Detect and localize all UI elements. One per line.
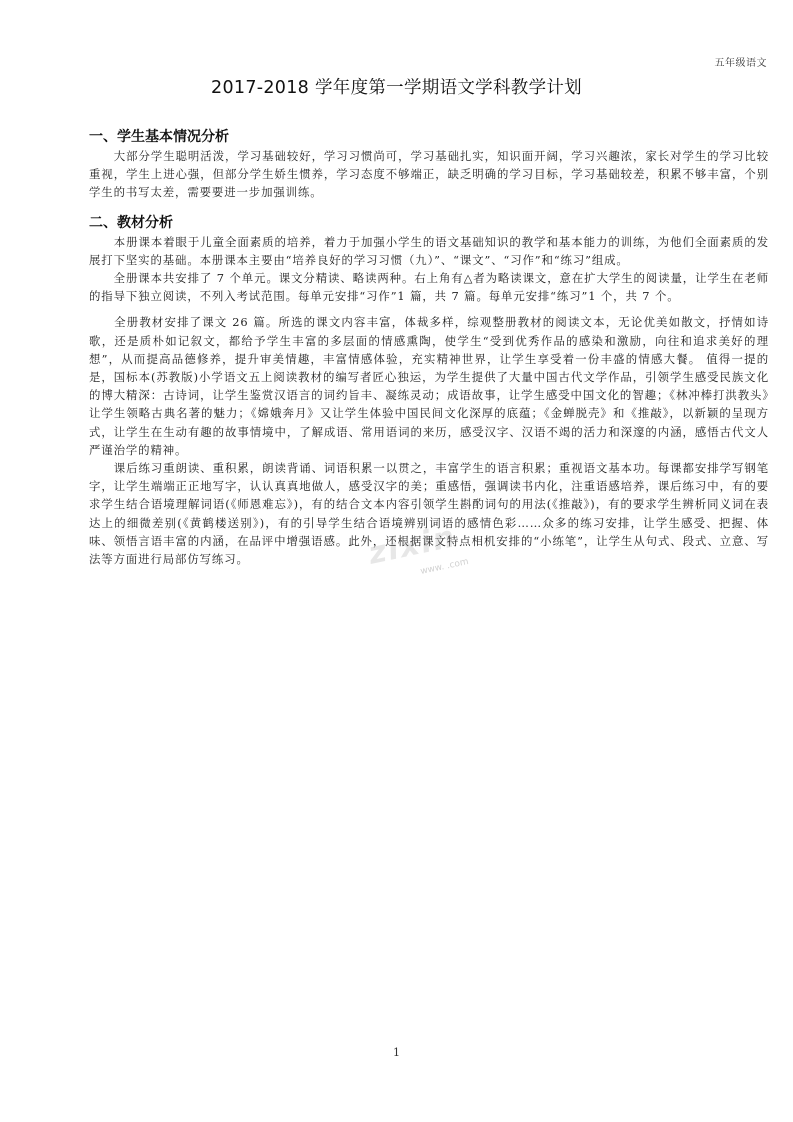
- paragraph: 大部分学生聪明活泼，学习基础较好，学习习惯尚可，学习基础扎实，知识面开阔，学习兴…: [89, 147, 769, 202]
- subject-label: 五年级语文: [715, 54, 768, 69]
- paragraph: 全册教材安排了课文 26 篇。所选的课文内容丰富，体裁多样，综观整册教材的阅读文…: [89, 313, 769, 459]
- section-student-analysis: 一、学生基本情况分析 大部分学生聪明活泼，学习基础较好，学习习惯尚可，学习基础扎…: [89, 128, 769, 202]
- document-title: 2017-2018 学年度第一学期语文学科教学计划: [0, 74, 793, 99]
- document-body: 一、学生基本情况分析 大部分学生聪明活泼，学习基础较好，学习习惯尚可，学习基础扎…: [89, 128, 769, 568]
- paragraph: 本册课本着眼于儿童全面素质的培养，着力于加强小学生的语文基础知识的教学和基本能力…: [89, 233, 769, 269]
- page-number: 1: [0, 1046, 793, 1059]
- section-heading: 二、教材分析: [89, 214, 769, 232]
- section-textbook-analysis: 二、教材分析 本册课本着眼于儿童全面素质的培养，着力于加强小学生的语文基础知识的…: [89, 214, 769, 569]
- paragraph: 全册课本共安排了 7 个单元。课文分精读、略读两种。右上角有△者为略读课文，意在…: [89, 269, 769, 305]
- section-heading: 一、学生基本情况分析: [89, 128, 769, 146]
